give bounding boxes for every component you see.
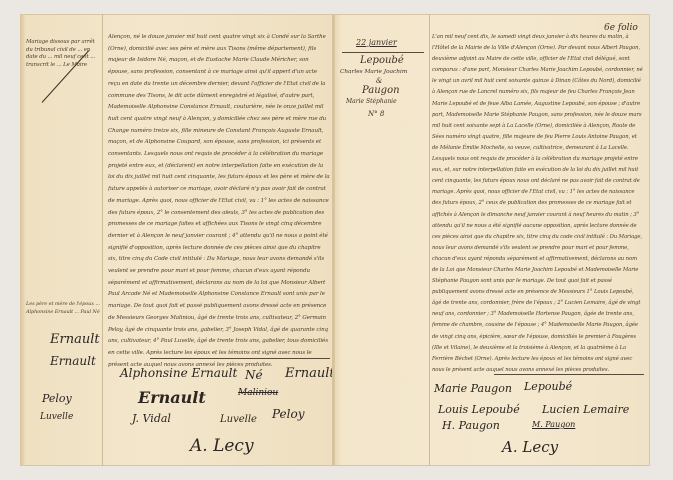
margin-annotation-bottom: Les père et mère de l'époux ... Alphonsi…	[26, 300, 100, 316]
margin-rule-1	[342, 52, 424, 53]
signature-lepoube: Lepoubé	[524, 380, 572, 393]
signature-luvelle: Luvelle	[220, 414, 257, 425]
right-closing-rule	[494, 374, 644, 375]
signature-maliniou: Maliniou	[238, 388, 278, 398]
signature-louis-lepoube: Louis Lepoubé	[438, 403, 520, 416]
signature-officer-right: A. Lecy	[502, 438, 558, 456]
signature-alphonsine-ernault: Alphonsine Ernault	[120, 366, 237, 380]
signature-vidal: J. Vidal	[132, 412, 171, 425]
margin-act-number: N° 8	[368, 110, 384, 118]
left-page: Mariage dissous par arrêt du tribunal ci…	[20, 14, 334, 466]
margin-groom-given-names: Charles Marie Joachim	[340, 69, 407, 75]
signature-ne: Né	[245, 368, 263, 382]
signature-luvelle-margin: Luvelle	[40, 412, 73, 422]
signature-ernault-large: Ernault	[138, 388, 206, 407]
right-page: 6e folio 22 janvier Lepoubé Charles Mari…	[334, 14, 650, 466]
signature-officer-left: A. Lecy	[190, 436, 254, 456]
register-book: Mariage dissous par arrêt du tribunal ci…	[20, 14, 650, 466]
right-page-body-text: L'an mil neuf cent dix, le samedi vingt …	[432, 32, 644, 372]
margin-annotation-top: Mariage dissous par arrêt du tribunal ci…	[26, 39, 100, 69]
margin-conjunction: &	[376, 77, 382, 85]
right-margin-rule	[429, 14, 430, 466]
signature-peloy: Peloy	[272, 407, 304, 421]
signature-peloy-margin: Peloy	[42, 392, 72, 405]
signature-marie-paugon: Marie Paugon	[434, 382, 512, 395]
margin-groom-surname: Lepoubé	[360, 55, 404, 66]
signature-h-paugon: H. Paugon	[442, 419, 500, 432]
margin-bride-surname: Paugon	[362, 85, 400, 96]
signature-lucien-lemaire: Lucien Lemaire	[542, 403, 629, 416]
left-closing-rule	[150, 358, 330, 359]
signature-ernault-2-margin: Ernault	[50, 354, 96, 368]
left-margin-rule	[102, 14, 103, 466]
signature-ernault-margin: Ernault	[50, 332, 100, 347]
signature-m-paugon: M. Paugon	[532, 420, 575, 429]
signature-ernault: Ernault	[285, 366, 335, 381]
margin-date: 22 janvier	[356, 38, 397, 47]
margin-bride-given-names: Marie Stéphanie	[346, 98, 397, 105]
